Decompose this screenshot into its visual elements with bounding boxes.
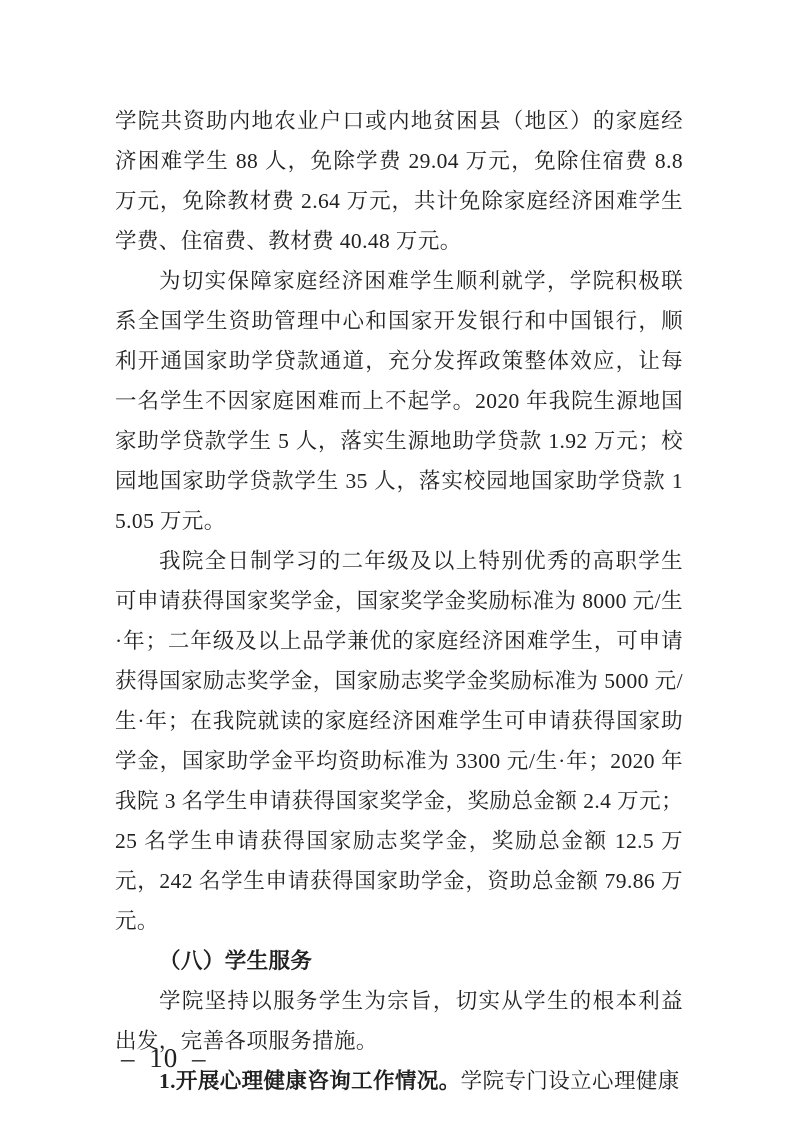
- page-number: – 10 –: [121, 1042, 207, 1074]
- heading-student-services: （八）学生服务: [115, 941, 683, 981]
- para-scholarships: 我院全日制学习的二年级及以上特别优秀的高职学生可申请获得国家奖学金，国家奖学金奖…: [115, 541, 683, 941]
- mental-health-body: 学院专门设立心理健康: [461, 1069, 680, 1093]
- para-tuition-waiver-continued: 学院共资助内地农业户口或内地贫困县（地区）的家庭经济困难学生 88 人，免除学费…: [115, 101, 683, 261]
- document-page: 学院共资助内地农业户口或内地贫困县（地区）的家庭经济困难学生 88 人，免除学费…: [0, 0, 800, 1131]
- para-student-loans: 为切实保障家庭经济困难学生顺利就学，学院积极联系全国学生资助管理中心和国家开发银…: [115, 261, 683, 541]
- document-text-block: 学院共资助内地农业户口或内地贫困县（地区）的家庭经济困难学生 88 人，免除学费…: [115, 101, 683, 1101]
